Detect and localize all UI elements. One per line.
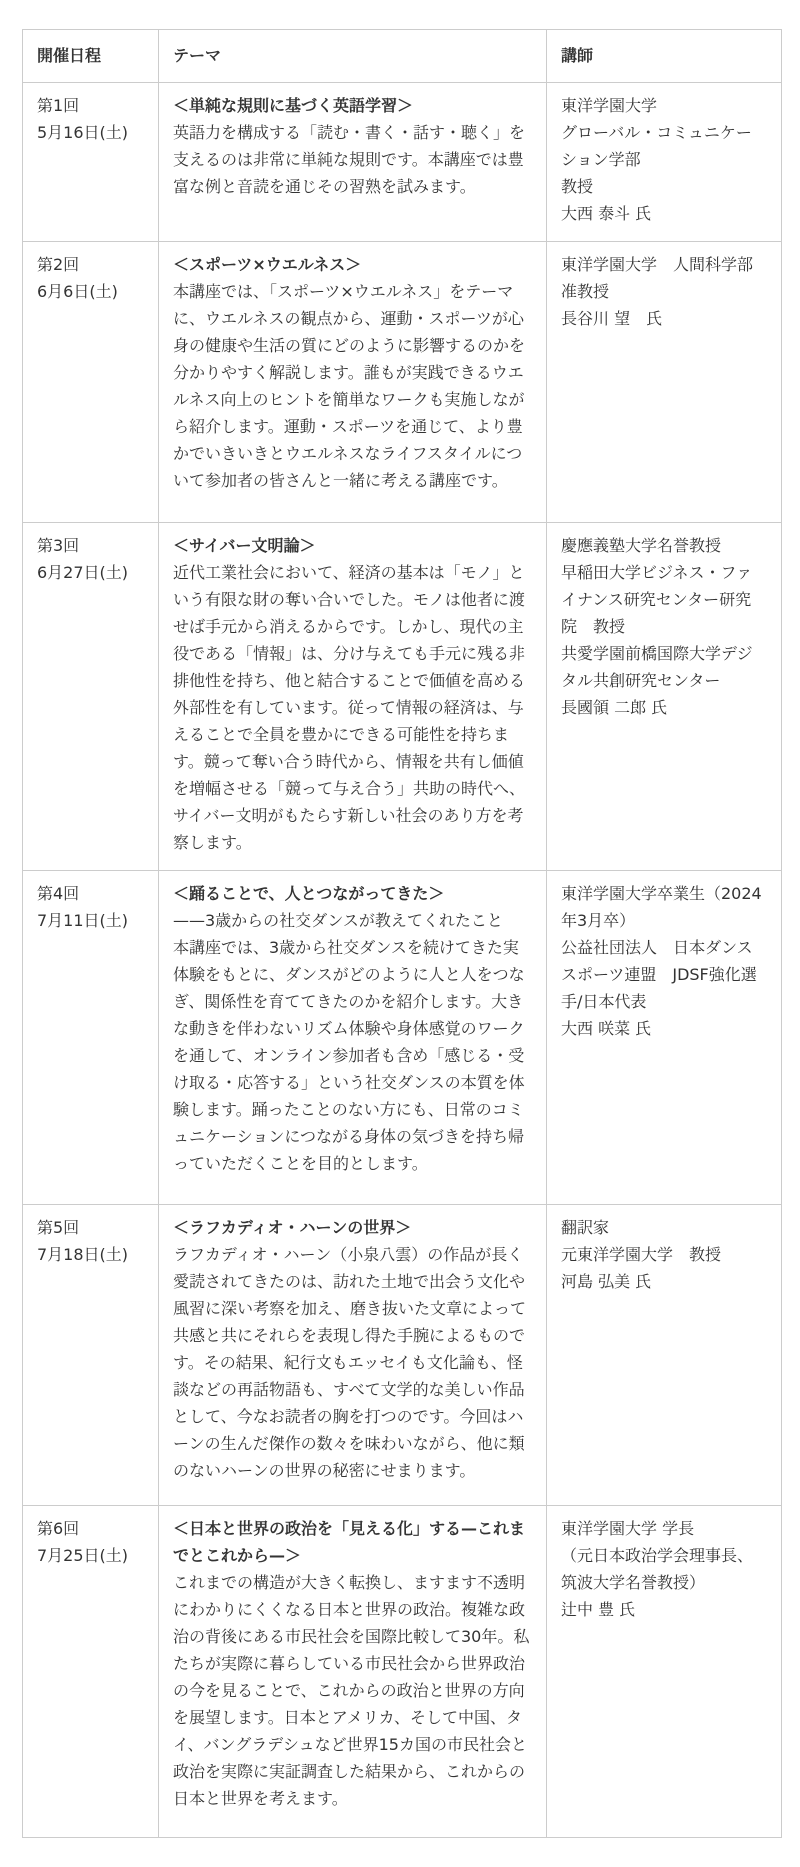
theme-title: ＜日本と世界の政治を「見える化」する—これまでとこれから—＞: [173, 1515, 532, 1569]
session-date-cell: 第1回 5月16日(土): [23, 83, 159, 242]
table-row: 第2回 6月6日(土) ＜スポーツ×ウエルネス＞ 本講座では、「スポーツ×ウエル…: [23, 242, 782, 523]
theme-cell: ＜単純な規則に基づく英語学習＞ 英語力を構成する「読む・書く・話す・聴く」を支え…: [159, 83, 547, 242]
session-date-cell: 第3回 6月27日(土): [23, 523, 159, 871]
session-number: 第5回: [37, 1214, 144, 1241]
lecturer-info: 東洋学園大学 グローバル・コミュニケーション学部 教授 大西 泰斗 氏: [561, 92, 767, 227]
table-header: 開催日程 テーマ 講師: [23, 30, 782, 83]
table-row: 第1回 5月16日(土) ＜単純な規則に基づく英語学習＞ 英語力を構成する「読む…: [23, 83, 782, 242]
header-schedule: 開催日程: [23, 30, 159, 83]
header-lecturer: 講師: [547, 30, 782, 83]
lecturer-cell: 翻訳家 元東洋学園大学 教授 河島 弘美 氏: [547, 1205, 782, 1506]
lecture-schedule-table: 開催日程 テーマ 講師 第1回 5月16日(土) ＜単純な規則に基づく英語学習＞…: [22, 29, 782, 1838]
theme-title: ＜ラフカディオ・ハーンの世界＞: [173, 1214, 532, 1241]
page: { "page": { "background": "#ffffff", "te…: [0, 0, 800, 1867]
theme-description: これまでの構造が大きく転換し、ますます不透明にわかりにくくなる日本と世界の政治。…: [173, 1569, 532, 1812]
session-number: 第4回: [37, 880, 144, 907]
session-number: 第2回: [37, 251, 144, 278]
table-row: 第5回 7月18日(土) ＜ラフカディオ・ハーンの世界＞ ラフカディオ・ハーン（…: [23, 1205, 782, 1506]
theme-title: ＜踊ることで、人とつながってきた＞: [173, 880, 532, 907]
session-date: 6月27日(土): [37, 559, 144, 586]
session-date: 5月16日(土): [37, 119, 144, 146]
theme-cell: ＜スポーツ×ウエルネス＞ 本講座では、「スポーツ×ウエルネス」をテーマに、ウエル…: [159, 242, 547, 523]
schedule-table-container: 開催日程 テーマ 講師 第1回 5月16日(土) ＜単純な規則に基づく英語学習＞…: [0, 0, 800, 1867]
table-row: 第3回 6月27日(土) ＜サイバー文明論＞ 近代工業社会において、経済の基本は…: [23, 523, 782, 871]
lecturer-info: 東洋学園大学 学長 （元日本政治学会理事長、筑波大学名誉教授） 辻中 豊 氏: [561, 1515, 767, 1623]
session-number: 第6回: [37, 1515, 144, 1542]
table-row: 第4回 7月11日(土) ＜踊ることで、人とつながってきた＞ ——3歳からの社交…: [23, 871, 782, 1205]
lecturer-info: 東洋学園大学卒業生（2024年3月卒） 公益社団法人 日本ダンススポーツ連盟 J…: [561, 880, 767, 1042]
theme-title: ＜サイバー文明論＞: [173, 532, 532, 559]
session-date: 7月18日(土): [37, 1241, 144, 1268]
theme-description: 英語力を構成する「読む・書く・話す・聴く」を支えるのは非常に単純な規則です。本講…: [173, 119, 532, 200]
lecturer-info: 東洋学園大学 人間科学部 准教授 長谷川 望 氏: [561, 251, 767, 332]
header-theme: テーマ: [159, 30, 547, 83]
session-number: 第3回: [37, 532, 144, 559]
theme-cell: ＜サイバー文明論＞ 近代工業社会において、経済の基本は「モノ」という有限な財の奪…: [159, 523, 547, 871]
theme-description: 本講座では、「スポーツ×ウエルネス」をテーマに、ウエルネスの観点から、運動・スポ…: [173, 278, 532, 494]
lecturer-cell: 東洋学園大学卒業生（2024年3月卒） 公益社団法人 日本ダンススポーツ連盟 J…: [547, 871, 782, 1205]
theme-description: 近代工業社会において、経済の基本は「モノ」という有限な財の奪い合いでした。モノは…: [173, 559, 532, 856]
table-row: 第6回 7月25日(土) ＜日本と世界の政治を「見える化」する—これまでとこれか…: [23, 1506, 782, 1838]
schedule-table-body: 第1回 5月16日(土) ＜単純な規則に基づく英語学習＞ 英語力を構成する「読む…: [23, 83, 782, 1838]
theme-description: ——3歳からの社交ダンスが教えてくれたこと 本講座では、3歳から社交ダンスを続け…: [173, 907, 532, 1177]
theme-description: ラフカディオ・ハーン（小泉八雲）の作品が長く愛読されてきたのは、訪れた土地で出会…: [173, 1241, 532, 1484]
session-date-cell: 第5回 7月18日(土): [23, 1205, 159, 1506]
session-date-cell: 第6回 7月25日(土): [23, 1506, 159, 1838]
session-date: 6月6日(土): [37, 278, 144, 305]
lecturer-info: 慶應義塾大学名誉教授 早稲田大学ビジネス・ファイナンス研究センター研究院 教授 …: [561, 532, 767, 721]
session-date-cell: 第2回 6月6日(土): [23, 242, 159, 523]
theme-cell: ＜踊ることで、人とつながってきた＞ ——3歳からの社交ダンスが教えてくれたこと …: [159, 871, 547, 1205]
session-number: 第1回: [37, 92, 144, 119]
header-row: 開催日程 テーマ 講師: [23, 30, 782, 83]
lecturer-cell: 東洋学園大学 学長 （元日本政治学会理事長、筑波大学名誉教授） 辻中 豊 氏: [547, 1506, 782, 1838]
theme-cell: ＜ラフカディオ・ハーンの世界＞ ラフカディオ・ハーン（小泉八雲）の作品が長く愛読…: [159, 1205, 547, 1506]
lecturer-info: 翻訳家 元東洋学園大学 教授 河島 弘美 氏: [561, 1214, 767, 1295]
lecturer-cell: 慶應義塾大学名誉教授 早稲田大学ビジネス・ファイナンス研究センター研究院 教授 …: [547, 523, 782, 871]
theme-title: ＜スポーツ×ウエルネス＞: [173, 251, 532, 278]
theme-title: ＜単純な規則に基づく英語学習＞: [173, 92, 532, 119]
session-date: 7月25日(土): [37, 1542, 144, 1569]
session-date-cell: 第4回 7月11日(土): [23, 871, 159, 1205]
lecturer-cell: 東洋学園大学 グローバル・コミュニケーション学部 教授 大西 泰斗 氏: [547, 83, 782, 242]
theme-cell: ＜日本と世界の政治を「見える化」する—これまでとこれから—＞ これまでの構造が大…: [159, 1506, 547, 1838]
session-date: 7月11日(土): [37, 907, 144, 934]
lecturer-cell: 東洋学園大学 人間科学部 准教授 長谷川 望 氏: [547, 242, 782, 523]
